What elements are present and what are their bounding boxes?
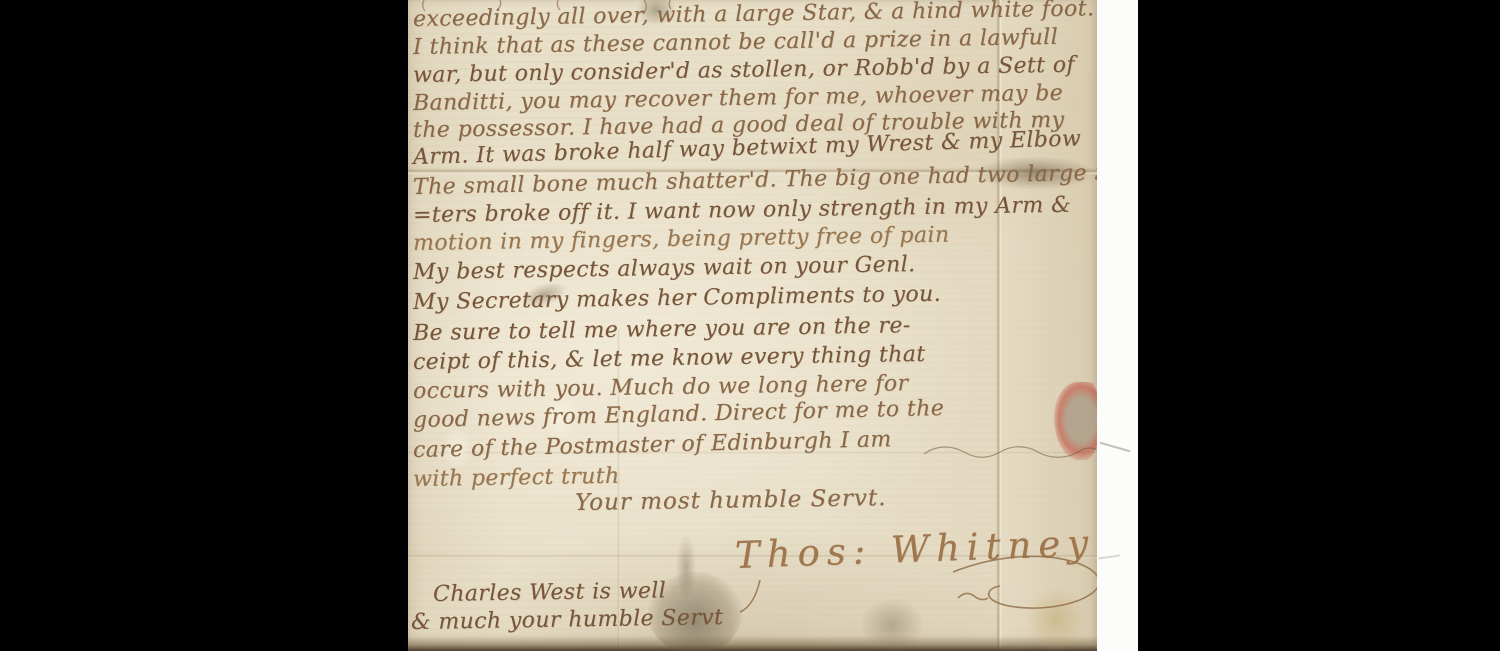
letter-paper: exceedingly all over, with a large Star,…: [408, 0, 1097, 651]
postscript-line: Charles West is well: [433, 579, 667, 607]
letter-line: with perfect truth: [413, 465, 620, 492]
tear-wavy-line: [924, 447, 1097, 458]
valediction-line: Your most humble Servt.: [575, 486, 887, 516]
photo-stage: exceedingly all over, with a large Star,…: [0, 0, 1500, 651]
scan-strip-mark: [1099, 442, 1130, 453]
scan-strip-mark: [1098, 554, 1120, 559]
pen-squiggle: [958, 593, 988, 599]
scan-background-strip: [1097, 0, 1138, 651]
postscript-line: & much your humble Servt: [411, 606, 724, 635]
signature-descender: [740, 580, 760, 612]
